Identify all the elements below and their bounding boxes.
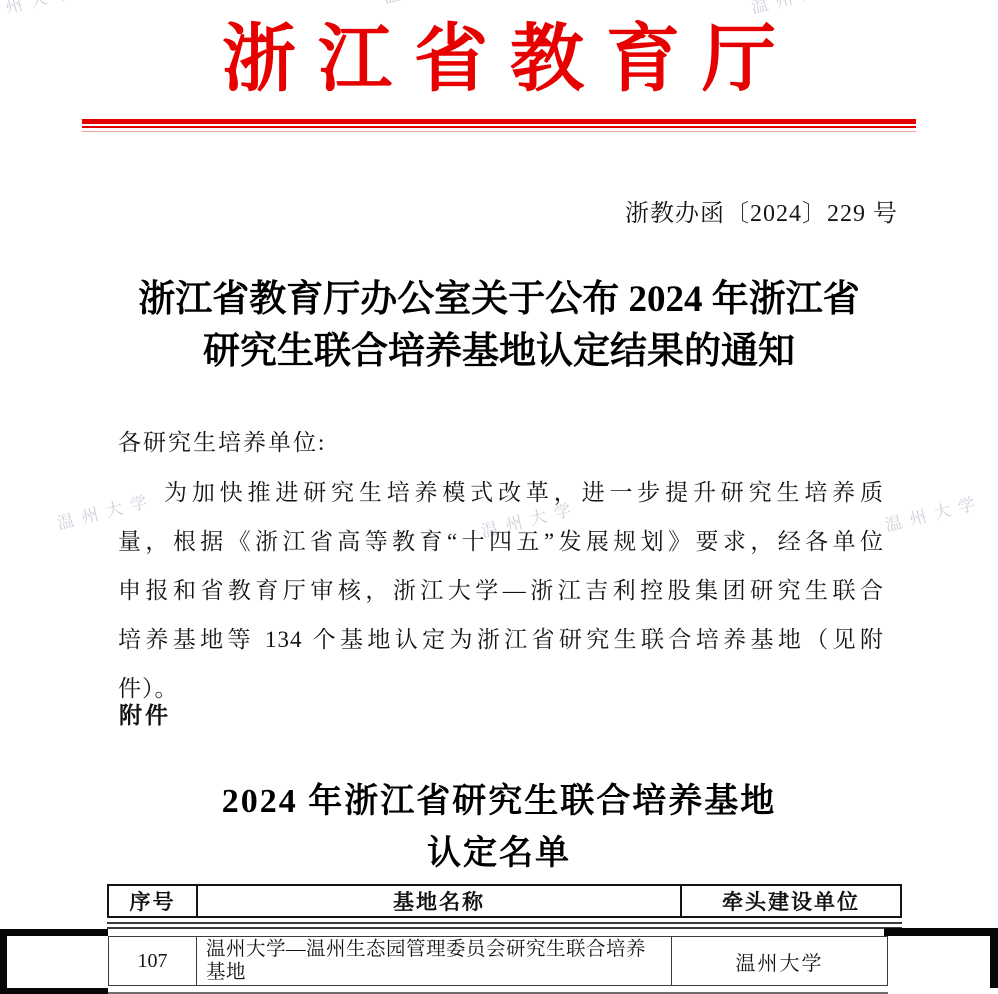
- document-page: 温州大学 温州大学 温州大学 温州大学 温州大学 温州大学 浙江省教育厅 浙教办…: [0, 0, 998, 994]
- document-number: 浙教办函〔2024〕229 号: [625, 193, 898, 228]
- body-paragraph: 为加快推进研究生培养模式改革，进一步提升研究生培养质 量，根据《浙江省高等教育“…: [118, 468, 884, 713]
- masthead-title: 浙江省教育厅: [0, 20, 998, 101]
- body-line: 件）。: [118, 664, 884, 713]
- table-seam-line: [107, 927, 902, 929]
- row-base-name-text: 温州大学—温州生态园管理委员会研究生联合培养基地: [206, 938, 659, 984]
- scan-border-left-side: [0, 929, 7, 994]
- column-header-lead-unit: 牵头建设单位: [682, 886, 900, 916]
- scan-border-right-side: [990, 934, 998, 988]
- attachment-title-line1: 2024 年浙江省研究生联合培养基地: [0, 776, 998, 828]
- body-line: 申报和省教育厅审核，浙江大学—浙江吉利控股集团研究生联合: [118, 566, 884, 615]
- watermark-top-right: 温州大学: [748, 0, 851, 18]
- attachment-title: 2024 年浙江省研究生联合培养基地 认定名单: [0, 776, 998, 880]
- attachment-label: 附件: [119, 697, 171, 730]
- attachment-title-line2: 认定名单: [0, 828, 998, 880]
- body-line: 为加快推进研究生培养模式改革，进一步提升研究生培养质: [118, 468, 884, 517]
- column-header-base-name: 基地名称: [198, 886, 682, 916]
- row-lead-unit-cell: 温州大学: [672, 937, 887, 985]
- row-base-name-cell: 温州大学—温州生态园管理委员会研究生联合培养基地: [197, 937, 672, 985]
- table-seam-line: [107, 922, 902, 924]
- attachment-table-header: 序号 基地名称 牵头建设单位: [107, 884, 902, 918]
- body-line: 量，根据《浙江省高等教育“十四五”发展规划》要求，经各单位: [118, 517, 884, 566]
- notice-title: 浙江省教育厅办公室关于公布 2024 年浙江省 研究生联合培养基地认定结果的通知: [40, 274, 958, 378]
- watermark-top-center: 温州大学: [380, 0, 483, 8]
- scan-border-left-top: [0, 929, 108, 936]
- notice-title-line1: 浙江省教育厅办公室关于公布 2024 年浙江省: [40, 274, 958, 326]
- column-header-serial: 序号: [109, 886, 198, 916]
- body-line: 培养基地等 134 个基地认定为浙江省研究生联合培养基地（见附: [118, 615, 884, 664]
- watermark-mid-right: 温州大学: [882, 488, 985, 536]
- salutation: 各研究生培养单位:: [118, 424, 326, 457]
- notice-title-line2: 研究生联合培养基地认定结果的通知: [40, 326, 958, 378]
- table-row: 107 温州大学—温州生态园管理委员会研究生联合培养基地 温州大学: [108, 936, 888, 986]
- scan-border-left-bottom: [0, 988, 108, 994]
- red-divider: [82, 119, 916, 132]
- red-divider-faint-line: [82, 131, 916, 132]
- red-divider-thin-line: [82, 126, 916, 128]
- scan-border-right-top: [884, 928, 998, 936]
- red-divider-thick-line: [82, 119, 916, 124]
- row-serial-cell: 107: [109, 937, 197, 985]
